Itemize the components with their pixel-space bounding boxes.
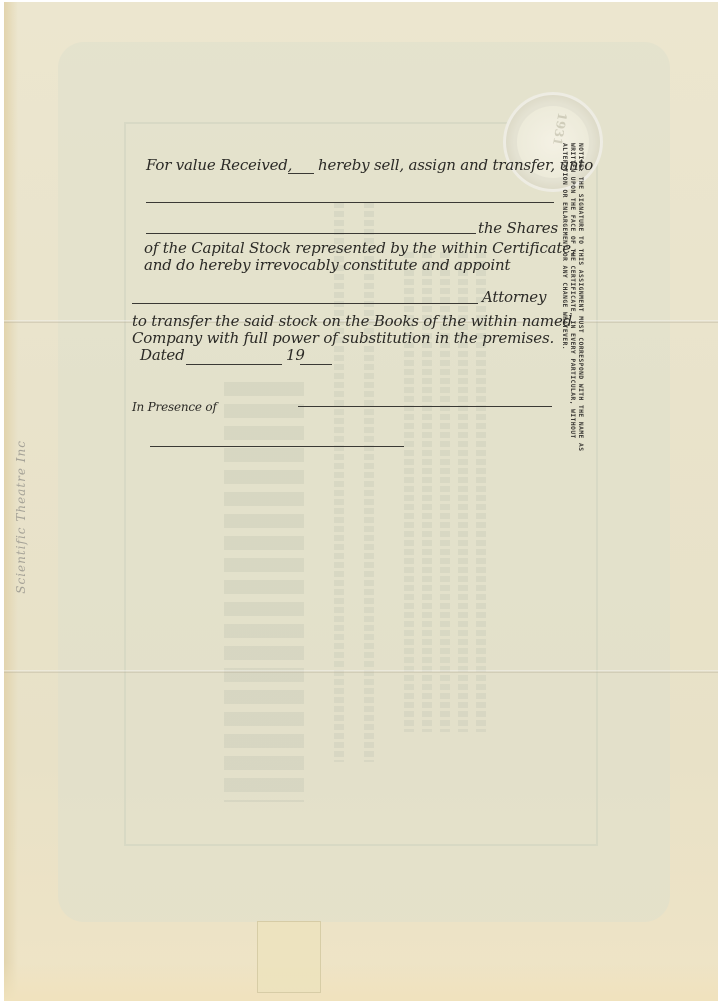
certificate-paper: [4, 2, 718, 1002]
attorney-blank-line: [132, 303, 478, 304]
year-blank-line: [300, 364, 332, 365]
bleed-through-text: [334, 202, 344, 762]
notice-text: THE SIGNATURE TO THIS ASSIGNMENT MUST CO…: [561, 143, 584, 451]
torn-bottom-edge: [0, 1001, 720, 1007]
tape-repair: [257, 921, 321, 993]
for-value-received-text: For value Received,: [146, 156, 292, 174]
bleed-through-title: [224, 382, 304, 802]
irrevocably-appoint-text: and do hereby irrevocably constitute and…: [144, 256, 510, 274]
witness-signature-line: [150, 446, 404, 447]
paper-edge-bottom: [4, 962, 718, 1002]
shares-count-blank-line: [146, 233, 476, 234]
date-blank-line: [186, 364, 282, 365]
transfer-books-text: to transfer the said stock on the Books …: [132, 312, 572, 330]
signature-notice: NOTICE: THE SIGNATURE TO THIS ASSIGNMENT…: [560, 143, 584, 463]
notice-heading: NOTICE:: [577, 143, 584, 173]
capital-stock-text: of the Capital Stock represented by the …: [144, 239, 575, 257]
substitution-text: Company with full power of substitution …: [132, 329, 554, 347]
attorney-label: Attorney: [482, 288, 546, 306]
seal-year: 1931: [550, 111, 570, 146]
signature-line: [298, 406, 552, 407]
dated-label: Dated: [140, 346, 184, 364]
shares-label: the Shares: [478, 219, 558, 237]
sell-assign-transfer-text: hereby sell, assign and transfer, unto: [318, 156, 593, 174]
year-prefix: 19: [286, 346, 305, 364]
fold-crease: [4, 670, 718, 673]
assignee-blank-line: [146, 202, 554, 203]
embossed-seal: 1931: [503, 92, 603, 192]
pencil-margin-annotation: Scientific Theatre Inc: [14, 440, 28, 594]
bleed-through-text: [364, 202, 374, 762]
in-presence-of-label: In Presence of: [132, 400, 217, 414]
assignor-blank: [288, 173, 314, 174]
